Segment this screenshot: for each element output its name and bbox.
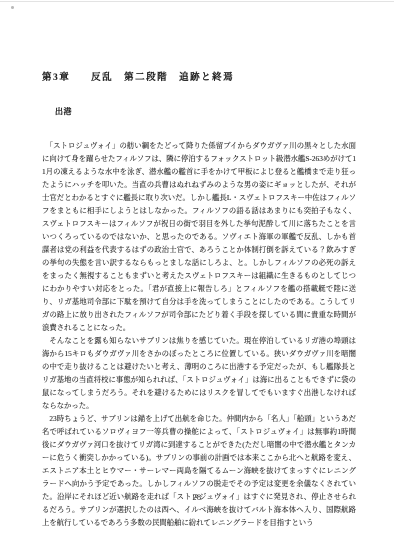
scan-artifact-speck [11,6,14,9]
chapter-heading: 第3章 反乱 第二段階 追跡と終焉 [42,69,234,83]
paragraph-2: そんなことを露も知らないサブリンは焦りを感じていた。現在停泊しているリガ港の埠頭… [42,334,356,412]
scan-artifact-top-edge [0,1,394,2]
page-number: 28 [0,493,394,502]
chapter-title: 反乱 第二段階 追跡と終焉 [91,73,234,83]
body-text: 「ストロジュヴォイ」の舫い綱をたどって降りた係留ブイからダウガヴァ川の黒々とした… [42,139,356,529]
paragraph-3: 23時ちょうど、サブリンは錨を上げて出航を命じた。仲間内から「名人」「船頭」とい… [42,412,356,529]
paragraph-1: 「ストロジュヴォイ」の舫い綱をたどって降りた係留ブイからダウガヴァ川の黒々とした… [42,139,356,334]
document-page: 第3章 反乱 第二段階 追跡と終焉 出港 「ストロジュヴォイ」の舫い綱をたどって… [0,0,394,556]
chapter-number: 第3章 [42,73,70,83]
section-heading: 出港 [55,106,72,117]
